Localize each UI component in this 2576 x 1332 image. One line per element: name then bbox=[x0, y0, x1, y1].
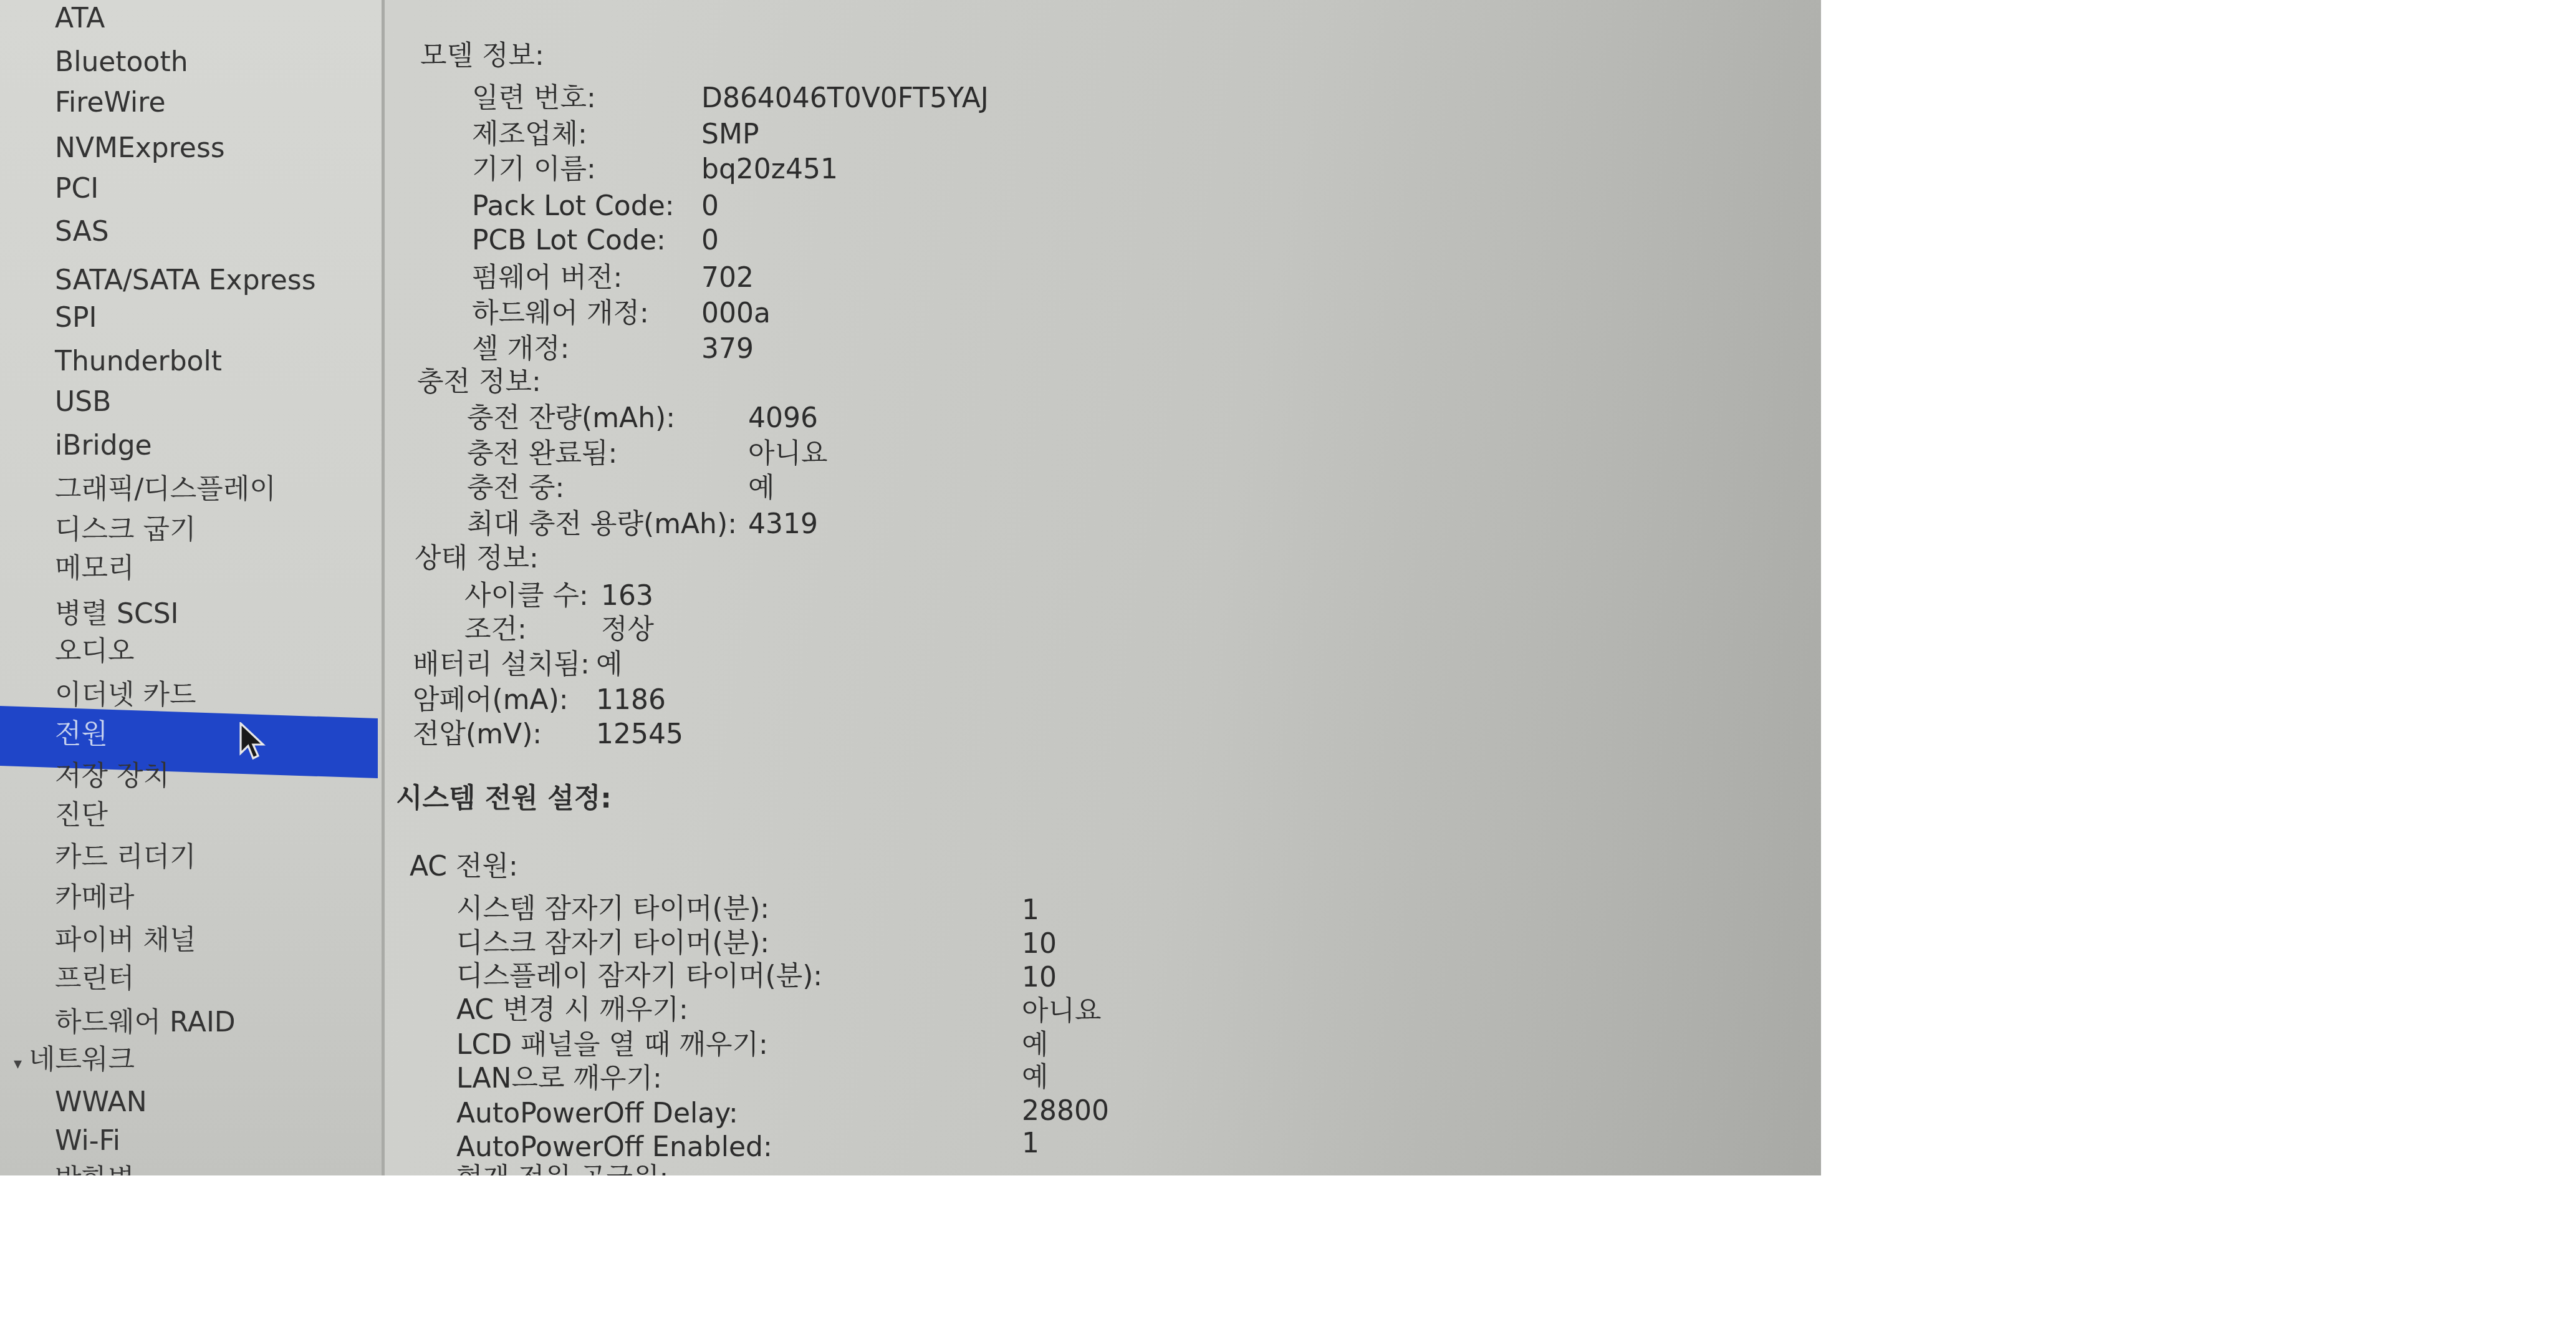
power-setting-label: AutoPowerOff Delay: bbox=[456, 1096, 738, 1131]
property-label: 시스템 전원 설정: bbox=[396, 781, 612, 816]
sidebar-item-label: 전원 bbox=[55, 718, 108, 750]
property-value: 0 bbox=[701, 223, 719, 258]
power-setting-value: 28800 bbox=[1022, 1094, 1109, 1129]
sidebar-item-12[interactable]: 디스크 굽기 bbox=[55, 511, 196, 549]
power-setting-value: 아니요 bbox=[1022, 994, 1102, 1029]
sidebar-item-label: SAS bbox=[55, 216, 109, 248]
property-label: 제조업체: bbox=[472, 117, 587, 152]
sidebar-item-label: 하드웨어 RAID bbox=[55, 1006, 236, 1038]
power-setting-value: 10 bbox=[1022, 960, 1057, 995]
sidebar-item-19[interactable]: 진단 bbox=[55, 797, 108, 834]
sidebar-item-5[interactable]: SAS bbox=[55, 213, 109, 251]
power-setting-label: 디스크 잠자기 타이머(분): bbox=[456, 926, 769, 961]
sidebar-item-11[interactable]: 그래픽/디스플레이 bbox=[55, 471, 276, 508]
property-value: 702 bbox=[701, 261, 754, 296]
sidebar-item-2[interactable]: FireWire bbox=[55, 84, 165, 122]
property-value: 0 bbox=[701, 189, 719, 224]
sidebar-item-label: 디스크 굽기 bbox=[55, 514, 196, 546]
sidebar-item-label: 네트워크 bbox=[29, 1044, 135, 1076]
sidebar-item-label: 카드 리더기 bbox=[55, 841, 196, 873]
sidebar-item-label: SPI bbox=[55, 302, 97, 334]
sidebar-group-network[interactable]: ▾네트워크 bbox=[14, 1041, 135, 1079]
power-setting-label: 디스플레이 잠자기 타이머(분): bbox=[456, 959, 822, 994]
sidebar-item-1[interactable]: Bluetooth bbox=[55, 44, 188, 81]
sidebar-item-14[interactable]: 병렬 SCSI bbox=[55, 596, 179, 633]
property-value: 예 bbox=[596, 647, 623, 682]
property-label: 모델 정보: bbox=[420, 39, 544, 74]
property-label: 충전 잔량(mAh): bbox=[467, 401, 675, 436]
property-value: 예 bbox=[748, 471, 775, 506]
sidebar-item-label: 저장 장치 bbox=[55, 760, 170, 792]
power-setting-value: 예 bbox=[1022, 1060, 1049, 1095]
sidebar-item-label: 이더넷 카드 bbox=[55, 679, 196, 711]
property-label: 전압(mV): bbox=[413, 717, 542, 752]
sidebar-item-label: NVMExpress bbox=[55, 132, 225, 164]
sidebar-item-label: PCI bbox=[55, 173, 99, 205]
property-label: PCB Lot Code: bbox=[472, 223, 666, 258]
mouse-pointer-arrow-icon bbox=[238, 722, 266, 762]
property-label: 조건: bbox=[464, 612, 527, 647]
power-setting-label: 시스템 잠자기 타이머(분): bbox=[456, 892, 769, 927]
power-setting-value: 1 bbox=[1022, 893, 1039, 928]
sidebar-item-label: FireWire bbox=[55, 87, 165, 118]
sidebar-item-27[interactable]: Wi-Fi bbox=[55, 1122, 120, 1160]
sidebar-item-label: 파이버 채널 bbox=[55, 924, 196, 956]
power-setting-label: LCD 패널을 열 때 깨우기: bbox=[456, 1028, 768, 1063]
sidebar-item-13[interactable]: 메모리 bbox=[55, 550, 135, 587]
sidebar-item-label: USB bbox=[55, 386, 111, 418]
sidebar-item-23[interactable]: 프린터 bbox=[55, 960, 135, 998]
property-label: 충전 중: bbox=[467, 471, 564, 506]
property-label: AC 전원: bbox=[410, 849, 518, 884]
sidebar-item-24[interactable]: 하드웨어 RAID bbox=[55, 1004, 236, 1041]
system-information-window: ATABluetoothFireWireNVMExpressPCISASSATA… bbox=[0, 0, 1821, 1175]
sidebar-item-8[interactable]: Thunderbolt bbox=[55, 343, 222, 380]
property-value: 4096 bbox=[748, 401, 818, 436]
sidebar-item-label: ATA bbox=[55, 2, 105, 34]
property-value: 12545 bbox=[596, 717, 683, 752]
sidebar-item-28[interactable]: 방화벽 bbox=[55, 1161, 135, 1175]
sidebar-item-label: Wi-Fi bbox=[55, 1125, 120, 1157]
sidebar-item-label: 방화벽 bbox=[55, 1164, 135, 1175]
sidebar-item-7[interactable]: SPI bbox=[55, 299, 97, 337]
disclosure-triangle-down-icon[interactable]: ▾ bbox=[14, 1045, 25, 1083]
property-label: 기기 이름: bbox=[472, 152, 596, 187]
power-setting-value: 예 bbox=[1022, 1028, 1049, 1063]
sidebar-item-22[interactable]: 파이버 채널 bbox=[55, 922, 196, 959]
property-label: 사이클 수: bbox=[464, 579, 589, 614]
property-label: 셀 개정: bbox=[472, 332, 569, 367]
property-value: 아니요 bbox=[748, 437, 828, 471]
sidebar-item-label: WWAN bbox=[55, 1086, 147, 1118]
sidebar-item-4[interactable]: PCI bbox=[55, 170, 99, 208]
property-value: bq20z451 bbox=[701, 152, 838, 187]
sidebar-item-label: 프린터 bbox=[55, 963, 135, 995]
detail-pane: 모델 정보:일련 번호:D864046T0V0FT5YAJ제조업체:SMP기기 … bbox=[385, 0, 1821, 1175]
sidebar-item-label: 진단 bbox=[55, 799, 108, 831]
sidebar-item-label: 메모리 bbox=[55, 553, 135, 584]
sidebar-item-3[interactable]: NVMExpress bbox=[55, 130, 225, 167]
property-value: SMP bbox=[701, 117, 759, 152]
power-setting-value: 1 bbox=[1022, 1126, 1039, 1161]
sidebar-item-6[interactable]: SATA/SATA Express bbox=[55, 262, 316, 299]
sidebar-item-26[interactable]: WWAN bbox=[55, 1084, 147, 1121]
sidebar-item-16[interactable]: 이더넷 카드 bbox=[55, 677, 196, 714]
property-value: 379 bbox=[701, 332, 754, 367]
sidebar-item-label: 병렬 SCSI bbox=[55, 598, 179, 630]
sidebar-item-20[interactable]: 카드 리더기 bbox=[55, 839, 196, 876]
property-label: 충전 정보: bbox=[417, 365, 541, 400]
sidebar-item-9[interactable]: USB bbox=[55, 384, 111, 421]
property-label: 배터리 설치됨: bbox=[413, 647, 590, 682]
sidebar-item-label: 카메라 bbox=[55, 882, 135, 914]
sidebar-item-18[interactable]: 저장 장치 bbox=[55, 758, 170, 795]
property-value: 1186 bbox=[596, 683, 666, 718]
sidebar-item-17[interactable]: 전원 bbox=[55, 716, 108, 753]
property-label: 최대 충전 용량(mAh): bbox=[467, 507, 737, 542]
power-setting-label: AC 변경 시 깨우기: bbox=[456, 993, 688, 1028]
sidebar-item-label: Thunderbolt bbox=[55, 345, 222, 377]
property-value: 000a bbox=[701, 296, 771, 331]
sidebar-item-15[interactable]: 오디오 bbox=[55, 633, 135, 670]
sidebar-item-21[interactable]: 카메라 bbox=[55, 879, 135, 917]
property-label: 상태 정보: bbox=[415, 541, 539, 576]
sidebar-item-label: 그래픽/디스플레이 bbox=[55, 473, 276, 505]
property-value: D864046T0V0FT5YAJ bbox=[701, 81, 989, 116]
power-setting-label: 현재 전원 공급원: bbox=[456, 1161, 668, 1175]
power-setting-label: LAN으로 깨우기: bbox=[456, 1061, 662, 1096]
property-label: 일련 번호: bbox=[472, 81, 596, 116]
sidebar-item-label: iBridge bbox=[55, 430, 152, 461]
power-setting-value: 10 bbox=[1022, 927, 1057, 962]
property-value: 163 bbox=[601, 579, 653, 614]
property-label: 암페어(mA): bbox=[413, 683, 569, 718]
property-label: 하드웨어 개정: bbox=[472, 296, 649, 331]
property-label: 펌웨어 버전: bbox=[472, 261, 622, 296]
sidebar-item-10[interactable]: iBridge bbox=[55, 427, 152, 465]
sidebar-item-label: SATA/SATA Express bbox=[55, 264, 316, 296]
property-label: 충전 완료됨: bbox=[467, 437, 617, 471]
property-value: 정상 bbox=[601, 612, 654, 647]
sidebar-item-label: 오디오 bbox=[55, 635, 135, 667]
power-setting-label: AutoPowerOff Enabled: bbox=[456, 1130, 772, 1165]
sidebar-item-0[interactable]: ATA bbox=[55, 0, 105, 37]
property-label: Pack Lot Code: bbox=[472, 189, 675, 224]
sidebar-item-label: Bluetooth bbox=[55, 46, 188, 78]
property-value: 4319 bbox=[748, 507, 818, 542]
